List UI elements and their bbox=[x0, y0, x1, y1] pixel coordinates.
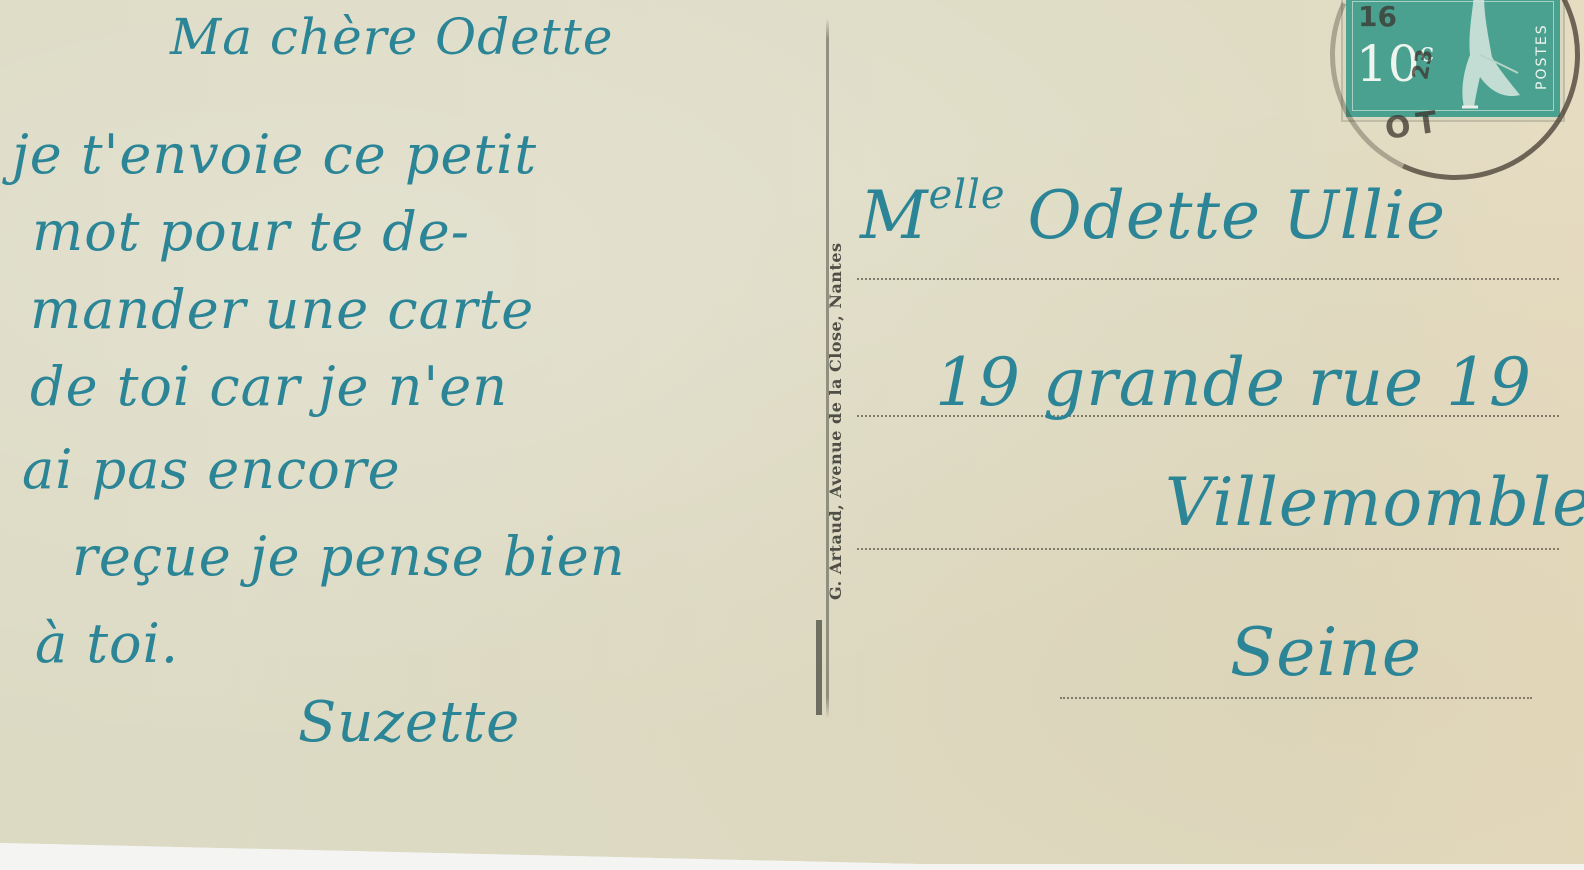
postmark-date: 16 bbox=[1358, 0, 1397, 33]
recipient-city: Villemomble bbox=[1165, 470, 1584, 536]
message-line: reçue je pense bien bbox=[72, 530, 626, 584]
postmark-town: OT bbox=[1383, 104, 1445, 147]
recipient-title: M bbox=[860, 177, 929, 254]
message-line: ai pas encore bbox=[22, 443, 401, 497]
recipient-department: Seine bbox=[1230, 620, 1422, 686]
message-line: mot pour te de- bbox=[32, 205, 470, 259]
semeuse-figure-icon bbox=[1434, 0, 1524, 113]
message-line: de toi car je n'en bbox=[30, 360, 508, 414]
recipient-name: Odette Ullie bbox=[1028, 177, 1447, 254]
salutation: Ma chère Odette bbox=[170, 8, 613, 66]
signature: Suzette bbox=[298, 690, 520, 755]
address-rule bbox=[1060, 697, 1532, 699]
postcard-back: Ma chère Odette je t'envoie ce petit mot… bbox=[0, 0, 1584, 864]
message-line: je t'envoie ce petit bbox=[12, 128, 537, 182]
divider-accent bbox=[816, 620, 822, 715]
postmark-year: 23 bbox=[1408, 47, 1438, 82]
message-line: mander une carte bbox=[30, 283, 534, 337]
message-line: à toi. bbox=[35, 617, 179, 671]
address-rule bbox=[857, 278, 1559, 280]
stamp-label: POSTES bbox=[1534, 7, 1554, 107]
publisher-imprint: G. Artaud, Avenue de la Close, Nantes bbox=[826, 242, 845, 600]
recipient-name-line: Melle Odette Ullie bbox=[860, 175, 1446, 249]
recipient-street: 19 grande rue 19 bbox=[935, 350, 1532, 416]
address-rule bbox=[857, 548, 1559, 550]
recipient-title-superscript: elle bbox=[929, 172, 1006, 218]
